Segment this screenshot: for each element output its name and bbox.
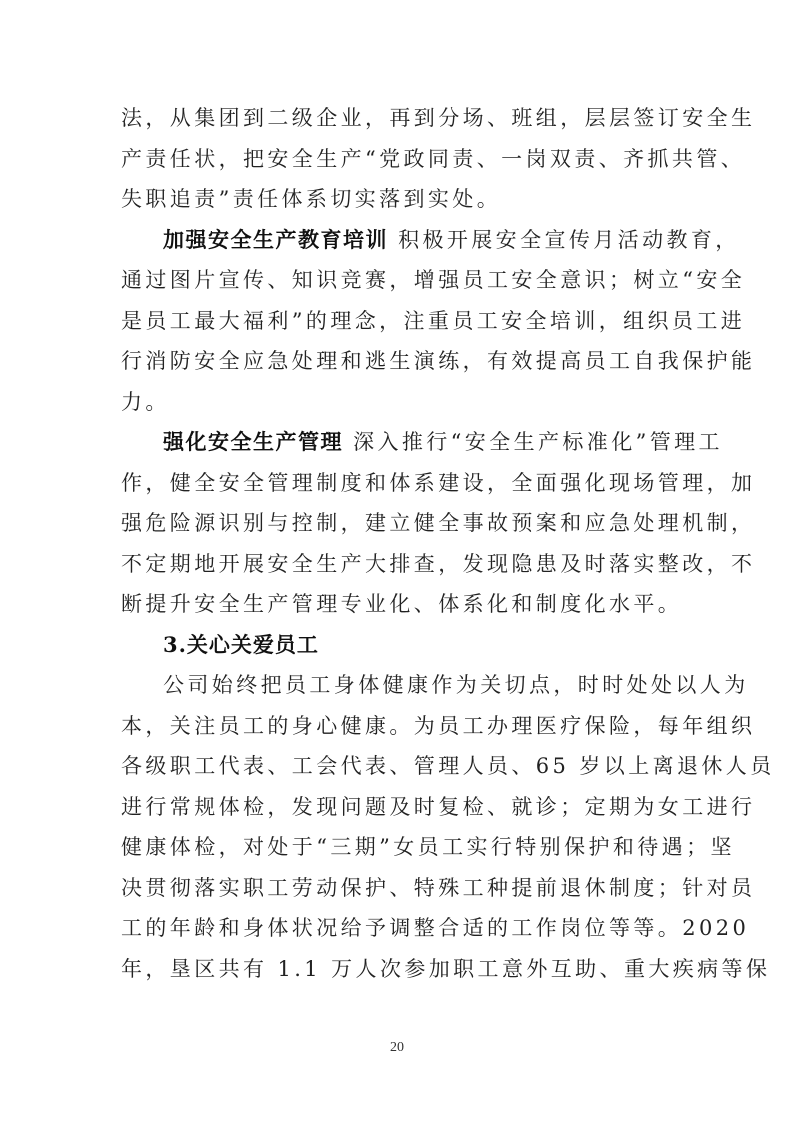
text-line: 各级职工代表、工会代表、管理人员、65 岁以上离退休人员 [121,749,677,790]
text-line: 是员工最大福利”的理念，注重员工安全培训，组织员工进 [121,304,677,345]
text-line: 产责任状，把安全生产“党政同责、一岗双责、齐抓共管、 [121,142,677,183]
paragraph-safety-management: 强化安全生产管理 深入推行“安全生产标准化”管理工 [121,425,677,466]
text-line: 公司始终把员工身体健康作为关切点，时时处处以人为 [121,668,677,709]
text-line: 年，垦区共有 1.1 万人次参加职工意外互助、重大疾病等保 [121,952,677,993]
text-run: 深入推行“安全生产标准化”管理工 [343,430,723,454]
page-number: 20 [0,1040,794,1056]
text-line: 本，关注员工的身心健康。为员工办理医疗保险，每年组织 [121,709,677,750]
text-line: 作，健全安全管理制度和体系建设，全面强化现场管理，加 [121,466,677,507]
body-text: 法，从集团到二级企业，再到分场、班组，层层签订安全生 产责任状，把安全生产“党政… [121,101,677,992]
text-line: 失职追责”责任体系切实落到实处。 [121,182,677,223]
text-run: 积极开展安全宣传月活动教育， [388,228,740,252]
run-in-heading-education-training: 加强安全生产教育培训 [163,227,388,252]
paragraph-education-training: 加强安全生产教育培训 积极开展安全宣传月活动教育， [121,223,677,264]
section-heading-care-employees: 3.关心关爱员工 [121,628,677,669]
text-line: 进行常规体检，发现问题及时复检、就诊；定期为女工进行 [121,790,677,831]
text-line: 工的年龄和身体状况给予调整合适的工作岗位等等。2020 [121,911,677,952]
text-line: 行消防安全应急处理和逃生演练，有效提高员工自我保护能 [121,344,677,385]
text-line: 不定期地开展安全生产大排查，发现隐患及时落实整改，不 [121,547,677,588]
text-line: 力。 [121,385,677,426]
text-line: 通过图片宣传、知识竞赛，增强员工安全意识；树立“安全 [121,263,677,304]
text-line: 断提升安全生产管理专业化、体系化和制度化水平。 [121,587,677,628]
text-line: 法，从集团到二级企业，再到分场、班组，层层签订安全生 [121,101,677,142]
text-line: 健康体检，对处于“三期”女员工实行特别保护和待遇；坚 [121,830,677,871]
text-line: 强危险源识别与控制，建立健全事故预案和应急处理机制， [121,506,677,547]
document-page: 法，从集团到二级企业，再到分场、班组，层层签订安全生 产责任状，把安全生产“党政… [0,0,794,1122]
run-in-heading-safety-management: 强化安全生产管理 [163,429,343,454]
text-line: 决贯彻落实职工劳动保护、特殊工种提前退休制度；针对员 [121,871,677,912]
